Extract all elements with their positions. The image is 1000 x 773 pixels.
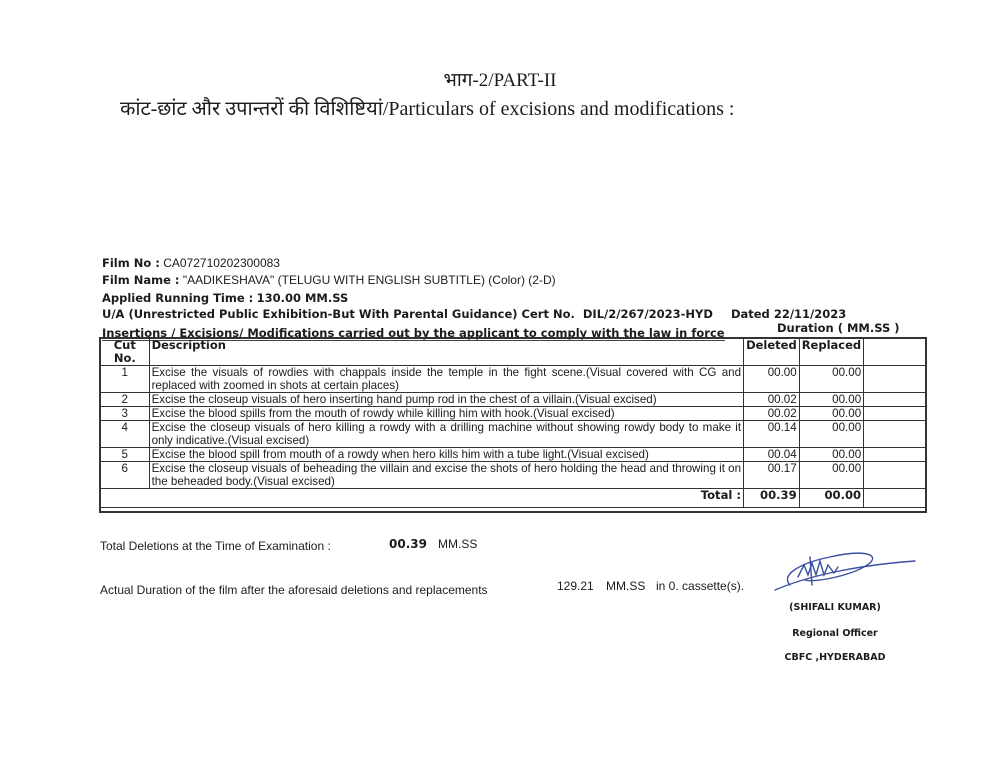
cut-no-cell: 4 [100, 421, 149, 448]
cut-no-cell: 3 [100, 407, 149, 421]
description-cell: Excise the closeup visuals of hero inser… [149, 393, 744, 407]
running-time-label: Applied Running Time : [102, 291, 253, 305]
cassette-text: in 0. cassette(s). [656, 579, 744, 593]
scan-smudge [30, 175, 100, 195]
replaced-cell: 00.00 [799, 448, 863, 462]
table-row: 6Excise the closeup visuals of beheading… [100, 462, 926, 489]
film-no-label: Film No : [102, 256, 160, 270]
table-row: 3Excise the blood spills from the mouth … [100, 407, 926, 421]
description-cell: Excise the blood spills from the mouth o… [149, 407, 744, 421]
signature-icon [770, 545, 920, 605]
replaced-cell: 00.00 [799, 393, 863, 407]
replaced-cell: 00.00 [799, 366, 863, 393]
description-cell: Excise the closeup visuals of hero killi… [149, 421, 744, 448]
cert-no: DIL/2/267/2023-HYD [583, 307, 713, 321]
actual-duration-label: Actual Duration of the film after the af… [100, 583, 488, 597]
table-row: 4Excise the closeup visuals of hero kill… [100, 421, 926, 448]
col-deleted: Deleted [744, 338, 800, 366]
col-replaced: Replaced [799, 338, 863, 366]
cuts-table: Cut No. Description Deleted Replaced 1Ex… [99, 337, 927, 513]
actual-duration-unit: MM.SS [606, 579, 645, 593]
table-header-row: Cut No. Description Deleted Replaced [100, 338, 926, 366]
replaced-cell: 00.00 [799, 421, 863, 448]
replaced-cell: 00.00 [799, 407, 863, 421]
col-cut-no: Cut No. [100, 338, 149, 366]
cut-no-cell: 2 [100, 393, 149, 407]
actual-duration-value: 129.21 [557, 579, 594, 593]
blank-cell [864, 407, 926, 421]
table-row: 2Excise the closeup visuals of hero inse… [100, 393, 926, 407]
total-deletions-unit: MM.SS [438, 537, 477, 551]
dated-label: Dated [731, 307, 770, 321]
deleted-cell: 00.17 [744, 462, 800, 489]
table-row: 5Excise the blood spill from mouth of a … [100, 448, 926, 462]
signatory-designation: Regional Officer [770, 628, 900, 639]
signatory-name: (SHIFALI KUMAR) [770, 602, 900, 613]
description-cell: Excise the blood spill from mouth of a r… [149, 448, 744, 462]
total-row: Total : 00.39 00.00 [100, 489, 926, 508]
duration-label: Duration ( MM.SS ) [777, 321, 900, 335]
cut-no-cell: 6 [100, 462, 149, 489]
deleted-cell: 00.02 [744, 407, 800, 421]
description-cell: Excise the visuals of rowdies with chapp… [149, 366, 744, 393]
cut-no-cell: 1 [100, 366, 149, 393]
replaced-cell: 00.00 [799, 462, 863, 489]
blank-cell [864, 448, 926, 462]
col-description: Description [149, 338, 744, 366]
running-time-value: 130.00 MM.SS [257, 291, 349, 305]
table-row: 1Excise the visuals of rowdies with chap… [100, 366, 926, 393]
film-name-line: Film Name : "AADIKESHAVA" (TELUGU WITH E… [102, 273, 556, 287]
signatory-office: CBFC ,HYDERABAD [770, 652, 900, 663]
dated-value: 22/11/2023 [774, 307, 846, 321]
deleted-cell: 00.00 [744, 366, 800, 393]
film-no-line: Film No : CA072710202300083 [102, 256, 280, 270]
particulars-heading: कांट-छांट और उपान्तरों की विशिष्टियां/Pa… [120, 94, 734, 121]
certificate-type: U/A (Unrestricted Public Exhibition-But … [102, 307, 575, 321]
deleted-cell: 00.02 [744, 393, 800, 407]
film-no-value: CA072710202300083 [163, 256, 280, 270]
cut-no-cell: 5 [100, 448, 149, 462]
description-cell: Excise the closeup visuals of beheading … [149, 462, 744, 489]
total-deleted: 00.39 [744, 489, 800, 508]
total-replaced: 00.00 [799, 489, 863, 508]
deleted-cell: 00.04 [744, 448, 800, 462]
film-name-label: Film Name : [102, 273, 180, 287]
table-bottom-spacer [100, 508, 926, 513]
blank-cell [864, 421, 926, 448]
blank-cell [864, 393, 926, 407]
running-time-line: Applied Running Time : 130.00 MM.SS [102, 291, 348, 305]
part-title: भाग-2/PART-II [0, 66, 1000, 92]
total-label: Total : [100, 489, 744, 508]
film-name-value: "AADIKESHAVA" (TELUGU WITH ENGLISH SUBTI… [183, 273, 556, 287]
total-deletions-value: 00.39 [389, 537, 427, 551]
blank-cell [864, 462, 926, 489]
blank-cell [864, 366, 926, 393]
total-deletions-label: Total Deletions at the Time of Examinati… [100, 539, 331, 553]
col-blank [864, 338, 926, 366]
deleted-cell: 00.14 [744, 421, 800, 448]
certificate-line: U/A (Unrestricted Public Exhibition-But … [102, 307, 846, 321]
